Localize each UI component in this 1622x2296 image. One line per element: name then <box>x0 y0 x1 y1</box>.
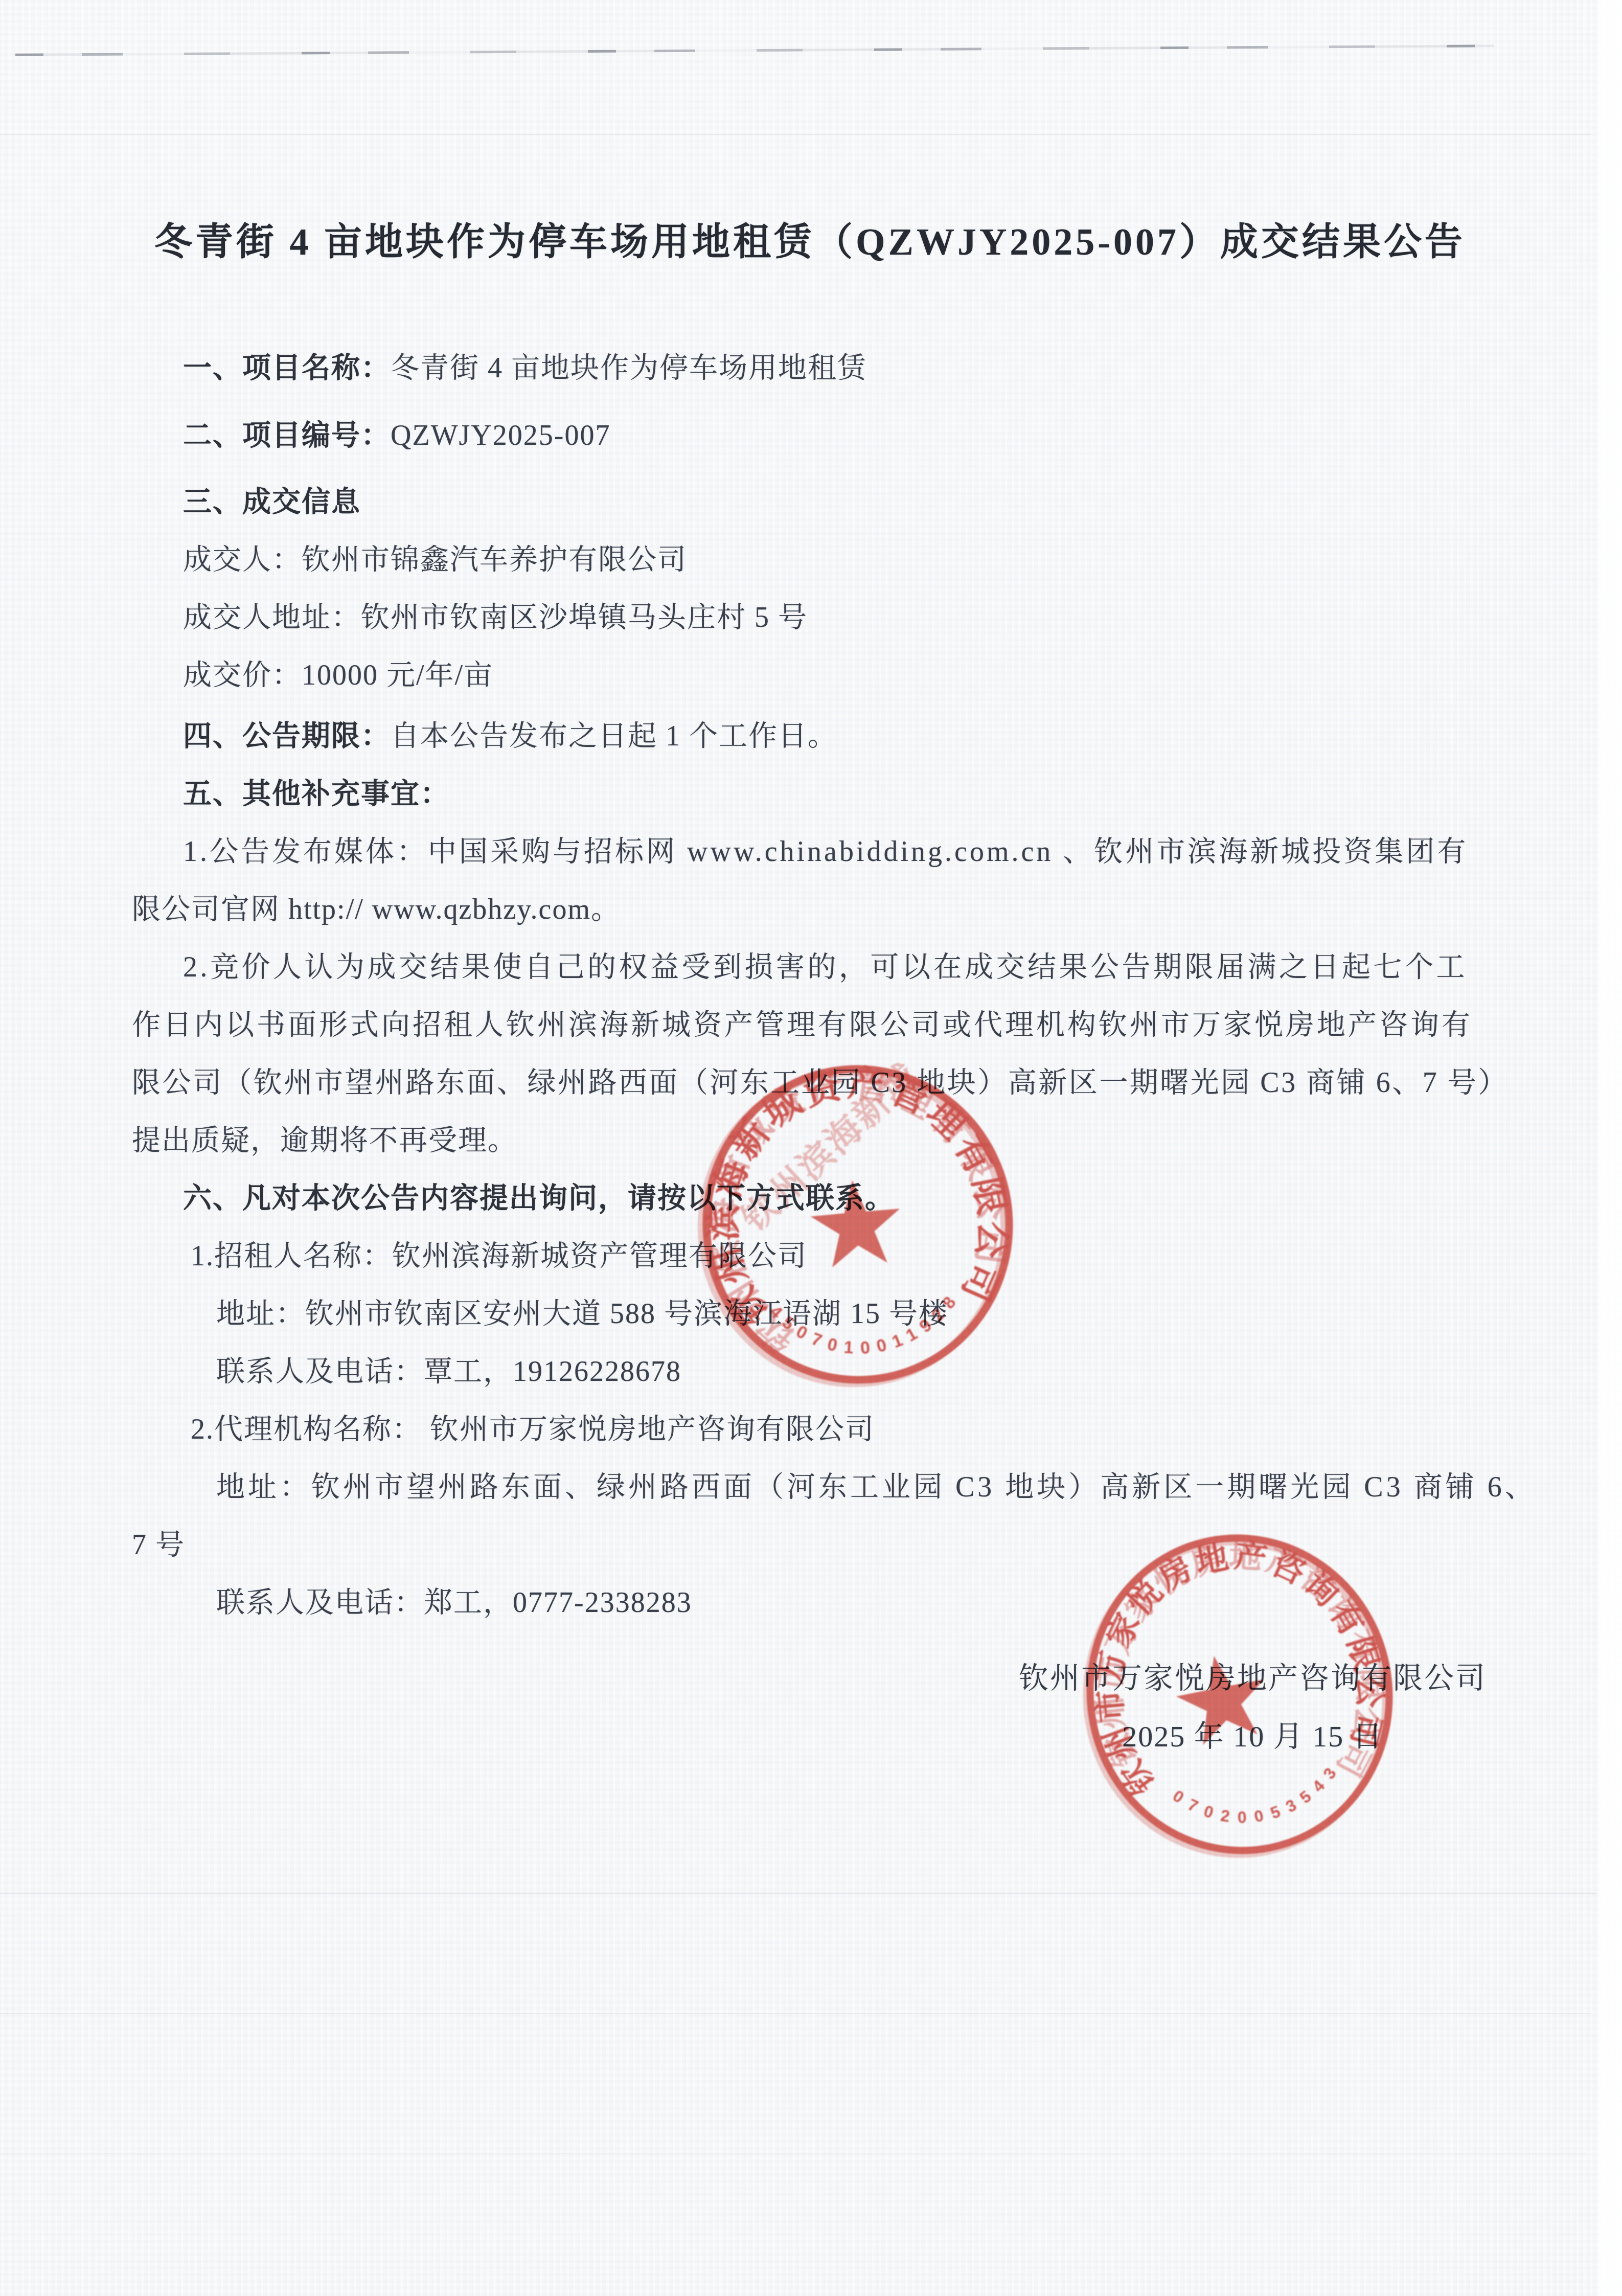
text-line: 四、公告期限：自本公告发布之日起 1 个工作日。 <box>132 708 1488 765</box>
line-text: 成交价：10000 元/年/亩 <box>183 660 493 691</box>
text-line: 2.竞价人认为成交结果使自己的权益受到损害的，可以在成交结果公告期限届满之日起七… <box>132 939 1488 996</box>
scanned-document-page: 冬青街 4 亩地块作为停车场用地租赁（QZWJY2025-007）成交结果公告 … <box>0 0 1622 2296</box>
line-text: 2.竞价人认为成交结果使自己的权益受到损害的，可以在成交结果公告期限届满之日起七… <box>183 951 1468 983</box>
text-line: 限公司官网 http:// www.qzbhzy.com。 <box>132 881 1488 939</box>
line-text: 冬青街 4 亩地块作为停车场用地租赁 <box>391 352 867 384</box>
line-text: 联系人及电话：郑工，0777-2338283 <box>216 1587 692 1619</box>
line-text: 提出质疑，逾期将不再受理。 <box>132 1125 517 1156</box>
text-line: 2.代理机构名称： 钦州市万家悦房地产咨询有限公司 <box>132 1401 1488 1459</box>
line-text: 2.代理机构名称： 钦州市万家悦房地产咨询有限公司 <box>191 1414 875 1445</box>
text-line: 成交人：钦州市锦鑫汽车养护有限公司 <box>132 531 1488 589</box>
line-text: 7 号 <box>132 1529 185 1561</box>
line-label: 二、项目编号： <box>183 420 391 451</box>
text-line: 作日内以书面形式向招租人钦州滨海新城资产管理有限公司或代理机构钦州市万家悦房地产… <box>132 996 1488 1054</box>
text-line: 地址：钦州市望州路东面、绿州路西面（河东工业园 C3 地块）高新区一期曙光园 C… <box>132 1459 1488 1516</box>
official-seal-lessor: 钦州滨海新城资产管理有限公司 钦州滨海新城资产管理有限公司 钦州滨海新城 450… <box>680 1042 1035 1406</box>
text-line: 成交人地址：钦州市钦南区沙埠镇马头庄村 5 号 <box>132 589 1488 647</box>
text-lines: 一、项目名称：冬青街 4 亩地块作为停车场用地租赁二、项目编号：QZWJY202… <box>132 339 1488 1632</box>
line-label: 一、项目名称： <box>183 352 391 384</box>
line-text: 作日内以书面形式向招租人钦州滨海新城资产管理有限公司或代理机构钦州市万家悦房地产… <box>132 1009 1473 1041</box>
star-icon <box>808 1176 904 1269</box>
line-label: 三、成交信息 <box>183 486 361 518</box>
text-line: 1.公告发布媒体：中国采购与招标网 www.chinabidding.com.c… <box>132 823 1488 881</box>
official-seal-agency: 钦州市万家悦房地产咨询有限公司 钦州市万家悦房地产咨询有限公司 07020053… <box>1046 1492 1433 1896</box>
line-text: 限公司官网 http:// www.qzbhzy.com。 <box>132 894 621 925</box>
line-label: 四、公告期限： <box>183 720 391 752</box>
star-icon <box>1170 1648 1274 1748</box>
text-line: 二、项目编号：QZWJY2025-007 <box>132 407 1488 465</box>
line-text: 成交人地址：钦州市钦南区沙埠镇马头庄村 5 号 <box>183 602 808 633</box>
page-title: 冬青街 4 亩地块作为停车场用地租赁（QZWJY2025-007）成交结果公告 <box>132 217 1488 268</box>
text-line: 成交价：10000 元/年/亩 <box>132 647 1488 704</box>
line-label: 五、其他补充事宜： <box>183 778 450 810</box>
line-text: 自本公告发布之日起 1 个工作日。 <box>391 720 837 752</box>
text-line: 一、项目名称：冬青街 4 亩地块作为停车场用地租赁 <box>132 339 1488 397</box>
line-text: 成交人：钦州市锦鑫汽车养护有限公司 <box>183 544 687 576</box>
line-text: 1.公告发布媒体：中国采购与招标网 www.chinabidding.com.c… <box>183 836 1468 868</box>
page-edge <box>1598 0 1622 2296</box>
text-line: 三、成交信息 <box>132 473 1488 531</box>
text-line: 五、其他补充事宜： <box>132 765 1488 823</box>
line-text: QZWJY2025-007 <box>391 420 610 451</box>
line-text: 联系人及电话：覃工，19126228678 <box>216 1356 681 1388</box>
